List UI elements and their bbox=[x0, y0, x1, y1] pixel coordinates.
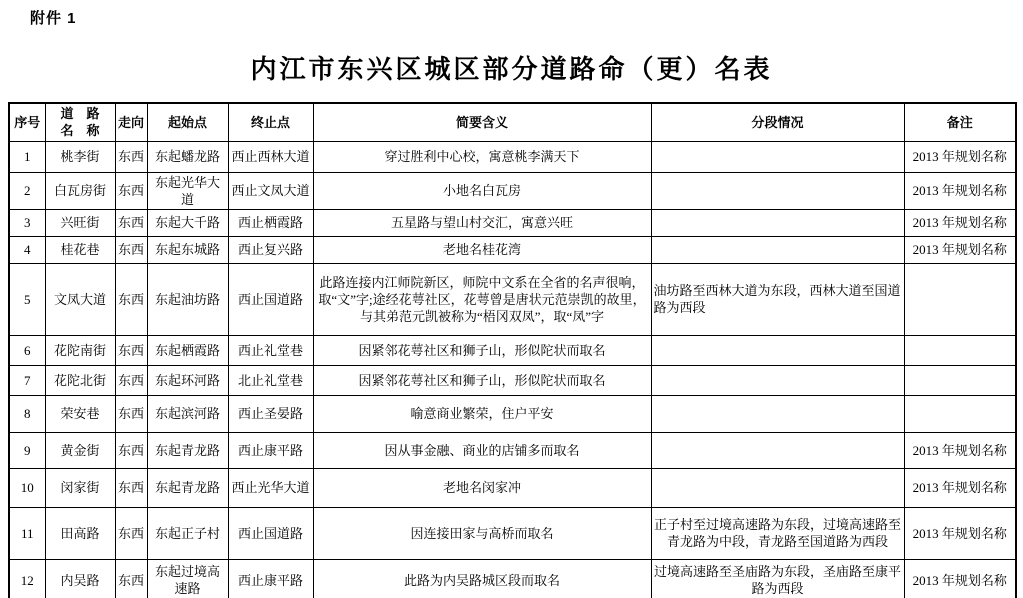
cell-meaning: 五星路与望山村交汇，寓意兴旺 bbox=[313, 209, 651, 236]
cell-meaning: 小地名白瓦房 bbox=[313, 172, 651, 209]
cell-remarks bbox=[904, 395, 1016, 432]
cell-index: 2 bbox=[9, 172, 45, 209]
cell-start-point: 东起青龙路 bbox=[147, 468, 228, 507]
cell-segmentation bbox=[651, 172, 904, 209]
cell-start-point: 东起环河路 bbox=[147, 365, 228, 395]
cell-start-point: 东起栖霞路 bbox=[147, 335, 228, 365]
cell-direction: 东西 bbox=[115, 507, 147, 559]
cell-direction: 东西 bbox=[115, 335, 147, 365]
header-meaning: 简要含义 bbox=[313, 103, 651, 141]
cell-end-point: 西止康平路 bbox=[228, 559, 313, 598]
cell-road-name: 文凤大道 bbox=[45, 263, 115, 335]
cell-index: 7 bbox=[9, 365, 45, 395]
cell-direction: 东西 bbox=[115, 559, 147, 598]
cell-meaning: 老地名桂花湾 bbox=[313, 236, 651, 263]
cell-index: 9 bbox=[9, 432, 45, 468]
cell-start-point: 东起油坊路 bbox=[147, 263, 228, 335]
road-naming-table: 序号道 路 名 称走向起始点终止点简要含义分段情况备注 1桃李街东西东起蟠龙路西… bbox=[8, 102, 1017, 598]
cell-index: 5 bbox=[9, 263, 45, 335]
cell-index: 10 bbox=[9, 468, 45, 507]
cell-remarks: 2013 年规划名称 bbox=[904, 468, 1016, 507]
cell-remarks: 2013 年规划名称 bbox=[904, 507, 1016, 559]
cell-road-name: 黄金街 bbox=[45, 432, 115, 468]
header-index: 序号 bbox=[9, 103, 45, 141]
cell-road-name: 田高路 bbox=[45, 507, 115, 559]
cell-road-name: 桃李街 bbox=[45, 141, 115, 172]
cell-meaning: 老地名闵家冲 bbox=[313, 468, 651, 507]
table-row: 7花陀北街东西东起环河路北止礼堂巷因紧邻花萼社区和狮子山，形似陀状而取名 bbox=[9, 365, 1016, 395]
cell-meaning: 此路为内吴路城区段而取名 bbox=[313, 559, 651, 598]
cell-start-point: 东起东城路 bbox=[147, 236, 228, 263]
cell-segmentation: 过境高速路至圣庙路为东段，圣庙路至康平路为西段 bbox=[651, 559, 904, 598]
cell-direction: 东西 bbox=[115, 263, 147, 335]
cell-remarks bbox=[904, 335, 1016, 365]
cell-index: 4 bbox=[9, 236, 45, 263]
table-row: 10闵家街东西东起青龙路西止光华大道老地名闵家冲2013 年规划名称 bbox=[9, 468, 1016, 507]
cell-direction: 东西 bbox=[115, 468, 147, 507]
cell-road-name: 花陀南街 bbox=[45, 335, 115, 365]
cell-end-point: 西止西林大道 bbox=[228, 141, 313, 172]
cell-index: 3 bbox=[9, 209, 45, 236]
cell-start-point: 东起大千路 bbox=[147, 209, 228, 236]
cell-index: 6 bbox=[9, 335, 45, 365]
cell-meaning: 因紧邻花萼社区和狮子山，形似陀状而取名 bbox=[313, 335, 651, 365]
cell-remarks bbox=[904, 365, 1016, 395]
cell-segmentation: 正子村至过境高速路为东段，过境高速路至青龙路为中段，青龙路至国道路为西段 bbox=[651, 507, 904, 559]
cell-end-point: 北止礼堂巷 bbox=[228, 365, 313, 395]
cell-start-point: 东起蟠龙路 bbox=[147, 141, 228, 172]
table-row: 8荣安巷东西东起滨河路西止圣晏路喻意商业繁荣，住户平安 bbox=[9, 395, 1016, 432]
cell-remarks: 2013 年规划名称 bbox=[904, 236, 1016, 263]
cell-road-name: 白瓦房街 bbox=[45, 172, 115, 209]
cell-remarks bbox=[904, 263, 1016, 335]
cell-start-point: 东起光华大道 bbox=[147, 172, 228, 209]
cell-end-point: 西止国道路 bbox=[228, 263, 313, 335]
cell-segmentation: 油坊路至西林大道为东段，西林大道至国道路为西段 bbox=[651, 263, 904, 335]
cell-end-point: 西止文凤大道 bbox=[228, 172, 313, 209]
table-row: 1桃李街东西东起蟠龙路西止西林大道穿过胜利中心校，寓意桃李满天下2013 年规划… bbox=[9, 141, 1016, 172]
cell-remarks: 2013 年规划名称 bbox=[904, 432, 1016, 468]
cell-meaning: 因紧邻花萼社区和狮子山，形似陀状而取名 bbox=[313, 365, 651, 395]
cell-remarks: 2013 年规划名称 bbox=[904, 559, 1016, 598]
cell-segmentation bbox=[651, 335, 904, 365]
cell-direction: 东西 bbox=[115, 365, 147, 395]
cell-remarks: 2013 年规划名称 bbox=[904, 209, 1016, 236]
cell-end-point: 西止康平路 bbox=[228, 432, 313, 468]
cell-direction: 东西 bbox=[115, 141, 147, 172]
cell-road-name: 闵家街 bbox=[45, 468, 115, 507]
cell-start-point: 东起青龙路 bbox=[147, 432, 228, 468]
cell-end-point: 西止礼堂巷 bbox=[228, 335, 313, 365]
cell-end-point: 西止国道路 bbox=[228, 507, 313, 559]
cell-index: 8 bbox=[9, 395, 45, 432]
cell-index: 12 bbox=[9, 559, 45, 598]
cell-start-point: 东起滨河路 bbox=[147, 395, 228, 432]
cell-index: 11 bbox=[9, 507, 45, 559]
cell-road-name: 荣安巷 bbox=[45, 395, 115, 432]
cell-end-point: 西止栖霞路 bbox=[228, 209, 313, 236]
cell-segmentation bbox=[651, 209, 904, 236]
table-row: 9黄金街东西东起青龙路西止康平路因从事金融、商业的店铺多而取名2013 年规划名… bbox=[9, 432, 1016, 468]
cell-segmentation bbox=[651, 395, 904, 432]
header-road-name: 道 路 名 称 bbox=[45, 103, 115, 141]
header-end-point: 终止点 bbox=[228, 103, 313, 141]
header-remarks: 备注 bbox=[904, 103, 1016, 141]
cell-segmentation bbox=[651, 468, 904, 507]
cell-meaning: 穿过胜利中心校，寓意桃李满天下 bbox=[313, 141, 651, 172]
header-direction: 走向 bbox=[115, 103, 147, 141]
cell-remarks: 2013 年规划名称 bbox=[904, 141, 1016, 172]
cell-segmentation bbox=[651, 141, 904, 172]
table-header-row: 序号道 路 名 称走向起始点终止点简要含义分段情况备注 bbox=[9, 103, 1016, 141]
table-row: 5文凤大道东西东起油坊路西止国道路此路连接内江师院新区，师院中文系在全省的名声很… bbox=[9, 263, 1016, 335]
cell-end-point: 西止光华大道 bbox=[228, 468, 313, 507]
cell-segmentation bbox=[651, 432, 904, 468]
header-segmentation: 分段情况 bbox=[651, 103, 904, 141]
cell-meaning: 因从事金融、商业的店铺多而取名 bbox=[313, 432, 651, 468]
cell-meaning: 因连接田家与高桥而取名 bbox=[313, 507, 651, 559]
cell-road-name: 兴旺街 bbox=[45, 209, 115, 236]
table-row: 11田高路东西东起正子村西止国道路因连接田家与高桥而取名正子村至过境高速路为东段… bbox=[9, 507, 1016, 559]
table-row: 12内吴路东西东起过境高速路西止康平路此路为内吴路城区段而取名过境高速路至圣庙路… bbox=[9, 559, 1016, 598]
table-row: 6花陀南街东西东起栖霞路西止礼堂巷因紧邻花萼社区和狮子山，形似陀状而取名 bbox=[9, 335, 1016, 365]
cell-road-name: 桂花巷 bbox=[45, 236, 115, 263]
table-body: 1桃李街东西东起蟠龙路西止西林大道穿过胜利中心校，寓意桃李满天下2013 年规划… bbox=[9, 141, 1016, 598]
table-row: 2白瓦房街东西东起光华大道西止文凤大道小地名白瓦房2013 年规划名称 bbox=[9, 172, 1016, 209]
cell-direction: 东西 bbox=[115, 236, 147, 263]
cell-start-point: 东起过境高速路 bbox=[147, 559, 228, 598]
page-title: 内江市东兴区城区部分道路命（更）名表 bbox=[0, 49, 1023, 86]
cell-segmentation bbox=[651, 365, 904, 395]
cell-remarks: 2013 年规划名称 bbox=[904, 172, 1016, 209]
cell-road-name: 内吴路 bbox=[45, 559, 115, 598]
cell-index: 1 bbox=[9, 141, 45, 172]
cell-meaning: 此路连接内江师院新区，师院中文系在全省的名声很响，取“文”字;途经花萼社区，花萼… bbox=[313, 263, 651, 335]
cell-segmentation bbox=[651, 236, 904, 263]
cell-meaning: 喻意商业繁荣，住户平安 bbox=[313, 395, 651, 432]
cell-direction: 东西 bbox=[115, 209, 147, 236]
attachment-label: 附件 1 bbox=[30, 7, 77, 28]
header-start-point: 起始点 bbox=[147, 103, 228, 141]
cell-start-point: 东起正子村 bbox=[147, 507, 228, 559]
cell-road-name: 花陀北街 bbox=[45, 365, 115, 395]
cell-direction: 东西 bbox=[115, 172, 147, 209]
table-row: 4桂花巷东西东起东城路西止复兴路老地名桂花湾2013 年规划名称 bbox=[9, 236, 1016, 263]
cell-direction: 东西 bbox=[115, 432, 147, 468]
cell-end-point: 西止圣晏路 bbox=[228, 395, 313, 432]
cell-direction: 东西 bbox=[115, 395, 147, 432]
cell-end-point: 西止复兴路 bbox=[228, 236, 313, 263]
table-row: 3兴旺街东西东起大千路西止栖霞路五星路与望山村交汇，寓意兴旺2013 年规划名称 bbox=[9, 209, 1016, 236]
